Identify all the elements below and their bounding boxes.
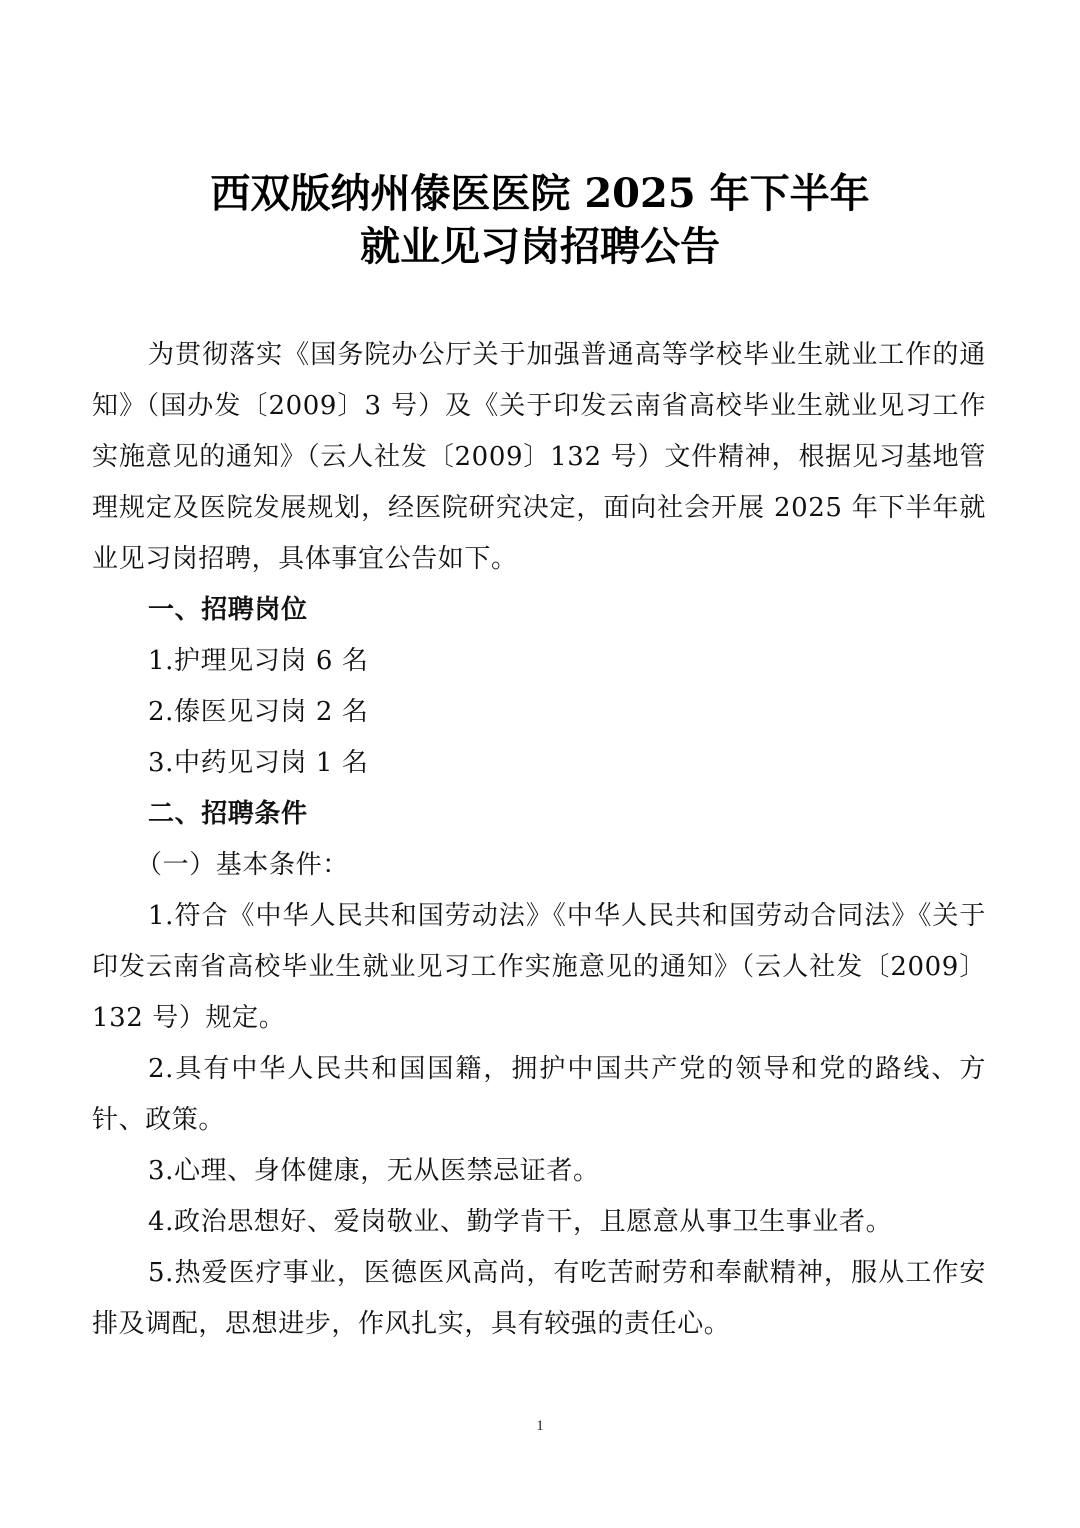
condition-item: 2.具有中华人民共和国国籍，拥护中国共产党的领导和党的路线、方针、政策。: [92, 1044, 986, 1146]
section-heading-conditions: 二、招聘条件: [92, 789, 986, 840]
condition-item: 1.符合《中华人民共和国劳动法》《中华人民共和国劳动合同法》《关于印发云南省高校…: [92, 891, 986, 1044]
condition-item: 5.热爱医疗事业，医德医风高尚，有吃苦耐劳和奉献精神，服从工作安排及调配，思想进…: [92, 1248, 986, 1350]
position-item: 1.护理见习岗 6 名: [92, 636, 986, 687]
subheading-basic-conditions: （一）基本条件：: [92, 840, 986, 891]
position-item: 3.中药见习岗 1 名: [92, 738, 986, 789]
document-body: 为贯彻落实《国务院办公厅关于加强普通高等学校毕业生就业工作的通知》（国办发〔20…: [92, 330, 986, 1350]
document-page: 西双版纳州傣医医院 2025 年下半年 就业见习岗招聘公告 为贯彻落实《国务院办…: [0, 0, 1080, 1528]
document-title-line-2: 就业见习岗招聘公告: [0, 221, 1080, 273]
position-item: 2.傣医见习岗 2 名: [92, 687, 986, 738]
page-number: 1: [0, 1418, 1080, 1435]
condition-item: 4.政治思想好、爱岗敬业、勤学肯干，且愿意从事卫生事业者。: [92, 1197, 986, 1248]
condition-item: 3.心理、身体健康，无从医禁忌证者。: [92, 1146, 986, 1197]
document-title-line-1: 西双版纳州傣医医院 2025 年下半年: [0, 168, 1080, 220]
intro-paragraph: 为贯彻落实《国务院办公厅关于加强普通高等学校毕业生就业工作的通知》（国办发〔20…: [92, 330, 986, 585]
section-heading-positions: 一、招聘岗位: [92, 585, 986, 636]
